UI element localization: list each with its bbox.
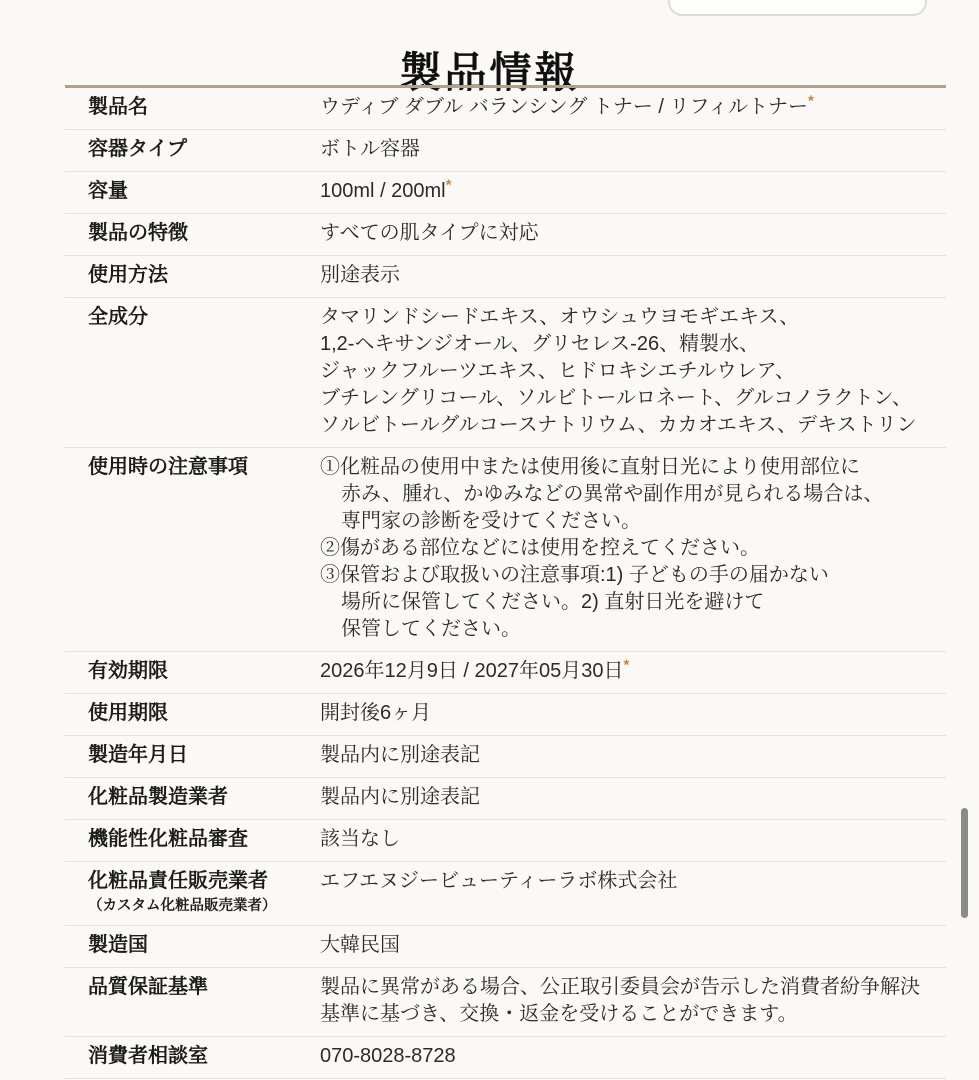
- table-row: 製造国大韓民国: [65, 926, 946, 968]
- table-row: 使用方法別途表示: [65, 256, 946, 298]
- table-row: 消費者相談室070-8028-8728: [65, 1037, 946, 1079]
- row-value-line: ②傷がある部位などには使用を控えてください。: [320, 535, 928, 562]
- row-label: 製品名: [88, 94, 320, 121]
- row-value-cell: 100ml / 200ml*: [320, 178, 946, 205]
- asterisk-marker: *: [624, 656, 630, 673]
- row-label: 使用方法: [88, 262, 320, 289]
- row-value-cell: 製品内に別途表記: [320, 784, 946, 811]
- row-value-line: 1,2-ヘキサンジオール、グリセレス-26、精製水、: [320, 331, 928, 358]
- table-row: 使用時の注意事項①化粧品の使用中または使用後に直射日光により使用部位に赤み、腫れ…: [65, 448, 946, 652]
- row-value-line: ジャックフルーツエキス、ヒドロキシエチルウレア、: [320, 358, 928, 385]
- product-info-table: 製品名ウディブ ダブル バランシング トナー / リフィルトナー*容器タイプボト…: [65, 85, 946, 1079]
- row-value-line: ソルビトールグルコースナトリウム、カカオエキス、デキストリン: [320, 412, 928, 439]
- row-label: 化粧品製造業者: [88, 784, 320, 811]
- row-label-cell: 容量: [65, 178, 320, 205]
- row-value: 開封後6ヶ月: [320, 702, 431, 724]
- row-value: 製品内に別途表記: [320, 744, 480, 766]
- row-value-cell: ①化粧品の使用中または使用後に直射日光により使用部位に赤み、腫れ、かゆみなどの異…: [320, 454, 946, 643]
- table-row: 機能性化粧品審査該当なし: [65, 820, 946, 862]
- row-value: ウディブ ダブル バランシング トナー / リフィルトナー: [320, 96, 808, 118]
- row-label-cell: 機能性化粧品審査: [65, 826, 320, 853]
- row-label-cell: 全成分: [65, 304, 320, 331]
- row-label-cell: 化粧品責任販売業者（カスタム化粧品販売業者）: [65, 868, 320, 917]
- row-value-line: 保管してください。: [320, 616, 928, 643]
- row-label: 製品の特徴: [88, 220, 320, 247]
- row-value-cell: 製品内に別途表記: [320, 742, 946, 769]
- row-value: 大韓民国: [320, 934, 400, 956]
- table-row: 使用期限開封後6ヶ月: [65, 694, 946, 736]
- row-value-line: 場所に保管してください。2) 直射日光を避けて: [320, 589, 928, 616]
- row-value-cell: 2026年12月9日 / 2027年05月30日*: [320, 658, 946, 685]
- row-value: 製品に異常がある場合、公正取引委員会が告示した消費者紛争解決基準に基づき、交換・…: [320, 976, 920, 1025]
- row-value-line: ③保管および取扱いの注意事項:1) 子どもの手の届かない: [320, 562, 928, 589]
- row-value-cell: 大韓民国: [320, 932, 946, 959]
- table-row: 化粧品責任販売業者（カスタム化粧品販売業者）エフエヌジービューティーラボ株式会社: [65, 862, 946, 926]
- scrollbar-thumb[interactable]: [961, 808, 968, 918]
- table-row: 品質保証基準製品に異常がある場合、公正取引委員会が告示した消費者紛争解決基準に基…: [65, 968, 946, 1037]
- row-value-line: ①化粧品の使用中または使用後に直射日光により使用部位に: [320, 454, 928, 481]
- row-label-cell: 品質保証基準: [65, 974, 320, 1001]
- row-label-cell: 容器タイプ: [65, 136, 320, 163]
- row-value: 2026年12月9日 / 2027年05月30日: [320, 660, 624, 682]
- row-value-cell: タマリンドシードエキス、オウシュウヨモギエキス、1,2-ヘキサンジオール、グリセ…: [320, 304, 946, 439]
- row-value-cell: 070-8028-8728: [320, 1043, 946, 1070]
- asterisk-marker: *: [446, 176, 452, 193]
- row-label: 製造年月日: [88, 742, 320, 769]
- row-value: すべての肌タイプに対応: [320, 222, 539, 244]
- row-label: 容量: [88, 178, 320, 205]
- table-row: 製造年月日製品内に別途表記: [65, 736, 946, 778]
- row-value-cell: 製品に異常がある場合、公正取引委員会が告示した消費者紛争解決基準に基づき、交換・…: [320, 974, 946, 1028]
- row-label-cell: 化粧品製造業者: [65, 784, 320, 811]
- row-value-cell: 開封後6ヶ月: [320, 700, 946, 727]
- table-row: 製品名ウディブ ダブル バランシング トナー / リフィルトナー*: [65, 88, 946, 130]
- table-row: 容量100ml / 200ml*: [65, 172, 946, 214]
- row-label-cell: 製造年月日: [65, 742, 320, 769]
- row-label: 容器タイプ: [88, 136, 320, 163]
- row-label: 機能性化粧品審査: [88, 826, 320, 853]
- row-label: 化粧品責任販売業者: [88, 868, 320, 895]
- row-value: 該当なし: [320, 828, 400, 850]
- row-label-cell: 製品名: [65, 94, 320, 121]
- row-value: 製品内に別途表記: [320, 786, 480, 808]
- row-label: 有効期限: [88, 658, 320, 685]
- row-value-cell: ウディブ ダブル バランシング トナー / リフィルトナー*: [320, 94, 946, 121]
- row-value-cell: ボトル容器: [320, 136, 946, 163]
- table-row: 製品の特徴すべての肌タイプに対応: [65, 214, 946, 256]
- row-value: 100ml / 200ml: [320, 180, 446, 202]
- row-value-line: 赤み、腫れ、かゆみなどの異常や副作用が見られる場合は、: [320, 481, 928, 508]
- asterisk-marker: *: [808, 92, 814, 109]
- row-value: ボトル容器: [320, 138, 420, 160]
- row-label-cell: 使用時の注意事項: [65, 454, 320, 481]
- row-value: 070-8028-8728: [320, 1045, 456, 1067]
- row-label: 製造国: [88, 932, 320, 959]
- row-label-cell: 有効期限: [65, 658, 320, 685]
- row-label: 全成分: [88, 304, 320, 331]
- row-value-cell: 該当なし: [320, 826, 946, 853]
- table-row: 化粧品製造業者製品内に別途表記: [65, 778, 946, 820]
- row-value-line: 専門家の診断を受けてください。: [320, 508, 928, 535]
- row-label-cell: 使用方法: [65, 262, 320, 289]
- cutoff-card: [668, 0, 927, 16]
- row-value-cell: すべての肌タイプに対応: [320, 220, 946, 247]
- row-label-cell: 製造国: [65, 932, 320, 959]
- row-label-cell: 消費者相談室: [65, 1043, 320, 1070]
- row-label: 使用時の注意事項: [88, 454, 320, 481]
- row-value-line: ブチレングリコール、ソルビトールロネート、グルコノラクトン、: [320, 385, 928, 412]
- row-label-cell: 製品の特徴: [65, 220, 320, 247]
- row-value-cell: エフエヌジービューティーラボ株式会社: [320, 868, 946, 895]
- row-label: 消費者相談室: [88, 1043, 320, 1070]
- row-label-cell: 使用期限: [65, 700, 320, 727]
- row-value-line: タマリンドシードエキス、オウシュウヨモギエキス、: [320, 304, 928, 331]
- table-row: 容器タイプボトル容器: [65, 130, 946, 172]
- row-label: 品質保証基準: [88, 974, 320, 1001]
- row-value: 別途表示: [320, 264, 400, 286]
- table-row: 有効期限2026年12月9日 / 2027年05月30日*: [65, 652, 946, 694]
- row-label: 使用期限: [88, 700, 320, 727]
- row-sublabel: （カスタム化粧品販売業者）: [88, 895, 320, 917]
- table-row: 全成分タマリンドシードエキス、オウシュウヨモギエキス、1,2-ヘキサンジオール、…: [65, 298, 946, 448]
- row-value-cell: 別途表示: [320, 262, 946, 289]
- row-value: エフエヌジービューティーラボ株式会社: [320, 870, 677, 892]
